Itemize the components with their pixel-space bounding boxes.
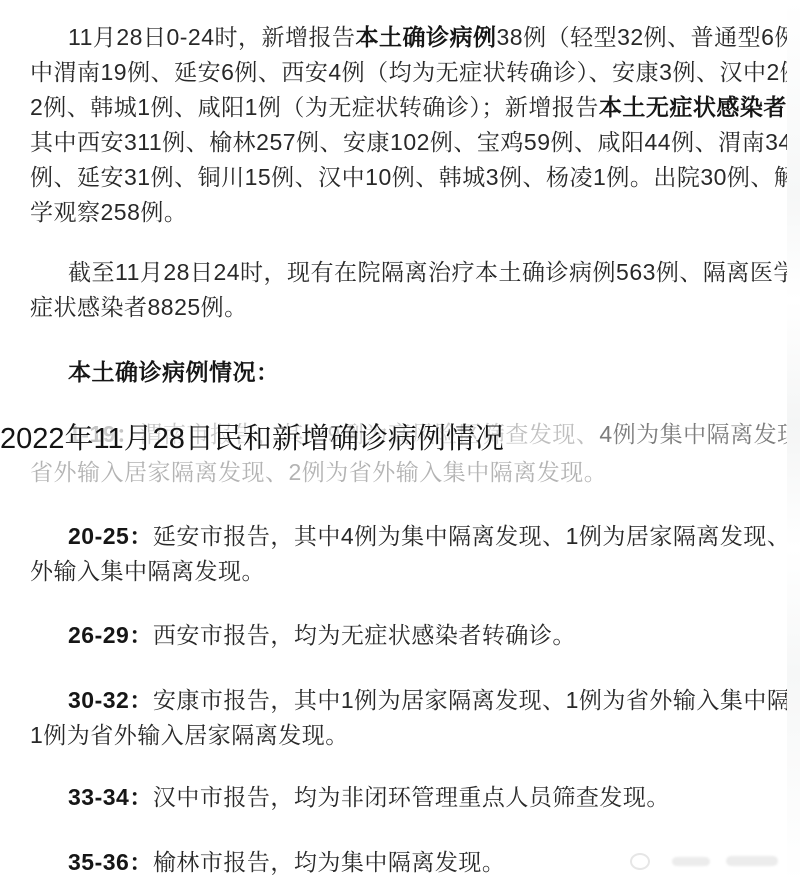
watermark-text-blob (726, 856, 778, 866)
text-line: 中渭南19例、延安6例、西安4例（均为无症状转确诊）、安康3例、汉中2例、榆林 (30, 55, 770, 90)
case-range-label: 30-32： (68, 687, 153, 713)
text-line: 20-25：延安市报告，其中4例为集中隔离发现、1例为居家隔离发现、1例为省 (30, 519, 770, 554)
text-line: 省外输入居家隔离发现、2例为省外输入集中隔离发现。 (30, 453, 770, 491)
faint-watermark (630, 848, 785, 880)
case-range-label: 35-36： (68, 849, 153, 875)
paragraph-new-cases: 11月28日0-24时，新增报告本土确诊病例38例（轻型32例、普通型6例），其… (30, 20, 770, 230)
text-segment: 4例为集中隔离发现、4例为 (599, 421, 800, 447)
text-line: 26-29：西安市报告，均为无症状感染者转确诊。 (30, 618, 770, 653)
case-range-label: 20-25： (68, 523, 153, 549)
document-page: 11月28日0-24时，新增报告本土确诊病例38例（轻型32例、普通型6例），其… (0, 0, 800, 884)
text-line: 例、延安31例、铜川15例、汉中10例、韩城3例、杨凌1例。出院30例、解除隔离… (30, 160, 770, 195)
text-line: 症状感染者8825例。 (30, 290, 770, 325)
paragraph-ankang: 30-32：安康市报告，其中1例为居家隔离发现、1例为省外输入集中隔离发现、 1… (30, 683, 770, 753)
case-range-label: 26-29： (68, 622, 153, 648)
text-segment: 榆林市报告，均为集中隔离发现。 (153, 849, 506, 875)
text-line: 截至11月28日24时，现有在院隔离治疗本土确诊病例563例、隔离医学观察无 (30, 255, 770, 290)
paragraph-xian: 26-29：西安市报告，均为无症状感染者转确诊。 (30, 618, 770, 653)
text-segment: 2例、韩城1例、咸阳1例（为无症状转确诊）；新增报告 (30, 94, 599, 120)
text-line: 外输入集中隔离发现。 (30, 554, 770, 589)
paragraph-totals: 截至11月28日24时，现有在院隔离治疗本土确诊病例563例、隔离医学观察无 症… (30, 255, 770, 325)
watermark-title: 2022年11月28日民和新增确诊病例情况 (0, 421, 504, 457)
right-edge-strip (787, 0, 800, 884)
text-line: 其中西安311例、榆林257例、安康102例、宝鸡59例、咸阳44例、渭南34、… (30, 125, 770, 160)
text-segment: 安康市报告，其中1例为居家隔离发现、1例为省外输入集中隔离发现、 (153, 687, 800, 713)
bold-segment-confirmed-cases: 本土确诊病例 (356, 24, 497, 50)
section-heading: 本土确诊病例情况： (30, 355, 770, 390)
text-line: 2例、韩城1例、咸阳1例（为无症状转确诊）；新增报告本土无症状感染者900例， (30, 90, 770, 125)
text-line: 30-32：安康市报告，其中1例为居家隔离发现、1例为省外输入集中隔离发现、 (30, 683, 770, 718)
text-segment: 汉中市报告，均为非闭环管理重点人员筛查发现。 (153, 784, 670, 810)
watermark-logo-icon (630, 853, 650, 870)
text-segment: 延安市报告，其中4例为集中隔离发现、1例为居家隔离发现、1例为省 (153, 523, 800, 549)
paragraph-yanan: 20-25：延安市报告，其中4例为集中隔离发现、1例为居家隔离发现、1例为省 外… (30, 519, 770, 589)
text-segment: 西安市报告，均为无症状感染者转确诊。 (153, 622, 576, 648)
case-range-label: 33-34： (68, 784, 153, 810)
text-line: 33-34：汉中市报告，均为非闭环管理重点人员筛查发现。 (30, 780, 770, 815)
bold-segment-asymptomatic: 本土无症状感染者 (599, 94, 787, 120)
text-segment: 38例（轻型32例、普通型6例），其 (497, 24, 800, 50)
paragraph-hanzhong: 33-34：汉中市报告，均为非闭环管理重点人员筛查发现。 (30, 780, 770, 815)
watermark-text-blob (672, 857, 710, 866)
text-line: 1例为省外输入居家隔离发现。 (30, 718, 770, 753)
text-segment: 11月28日0-24时，新增报告 (68, 24, 356, 50)
text-line: 学观察258例。 (30, 195, 770, 230)
text-line: 11月28日0-24时，新增报告本土确诊病例38例（轻型32例、普通型6例），其 (30, 20, 770, 55)
